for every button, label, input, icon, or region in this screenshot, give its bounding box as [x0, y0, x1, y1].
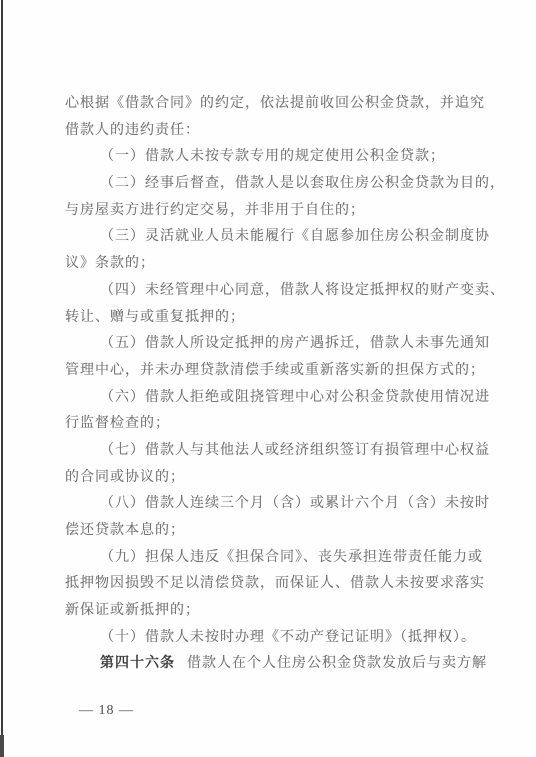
document-line: （四）未经管理中心同意，借款人将设定抵押权的财产变卖、	[65, 278, 505, 305]
document-line: （十）借款人未按时办理《不动产登记证明》（抵押权）。	[65, 625, 505, 652]
document-line: 管理中心，并未办理贷款清偿手续或重新落实新的担保方式的；	[65, 358, 505, 385]
document-line: （二）经事后督查，借款人是以套取住房公积金贷款为目的，	[65, 171, 505, 198]
document-line: 新保证或新抵押的；	[65, 598, 505, 625]
document-line-text: 借款人在个人住房公积金贷款发放后与卖方解	[187, 656, 487, 671]
document-line: （五）借款人所设定抵押的房产遇拆迁，借款人未事先通知	[65, 331, 505, 358]
document-line: （九）担保人违反《担保合同》、丧失承担连带责任能力或	[65, 545, 505, 572]
document-line: 第四十六条借款人在个人住房公积金贷款发放后与卖方解	[65, 651, 505, 678]
document-line: 借款人的违约责任：	[65, 118, 505, 145]
document-line: 转让、赠与或重复抵押的；	[65, 305, 505, 332]
document-line: （八）借款人连续三个月（含）或累计六个月（含）未按时	[65, 491, 505, 518]
document-line: 与房屋卖方进行约定交易，并非用于自住的；	[65, 198, 505, 225]
document-line: 心根据《借款合同》的约定，依法提前收回公积金贷款，并追究	[65, 91, 505, 118]
page-number: — 18 —	[79, 701, 134, 721]
scan-edge-corner	[0, 735, 4, 757]
document-line: 抵押物因损毁不足以清偿贷款，而保证人、借款人未按要求落实	[65, 571, 505, 598]
document-line: （一）借款人未按专款专用的规定使用公积金贷款；	[65, 144, 505, 171]
scan-edge-line	[1, 0, 3, 757]
document-line: 的合同或协议的；	[65, 465, 505, 492]
document-body: 心根据《借款合同》的约定，依法提前收回公积金贷款，并追究借款人的违约责任：（一）…	[65, 91, 505, 678]
document-line: （三）灵活就业人员未能履行《自愿参加住房公积金制度协	[65, 224, 505, 251]
document-line: 议》条款的；	[65, 251, 505, 278]
document-line: （七）借款人与其他法人或经济组织签订有损管理中心权益	[65, 438, 505, 465]
document-line: （六）借款人拒绝或阻挠管理中心对公积金贷款使用情况进	[65, 385, 505, 412]
document-line: 行监督检查的；	[65, 411, 505, 438]
document-page: 心根据《借款合同》的约定，依法提前收回公积金贷款，并追究借款人的违约责任：（一）…	[0, 0, 536, 757]
article-number-heading: 第四十六条	[100, 656, 175, 671]
document-line: 偿还贷款本息的；	[65, 518, 505, 545]
